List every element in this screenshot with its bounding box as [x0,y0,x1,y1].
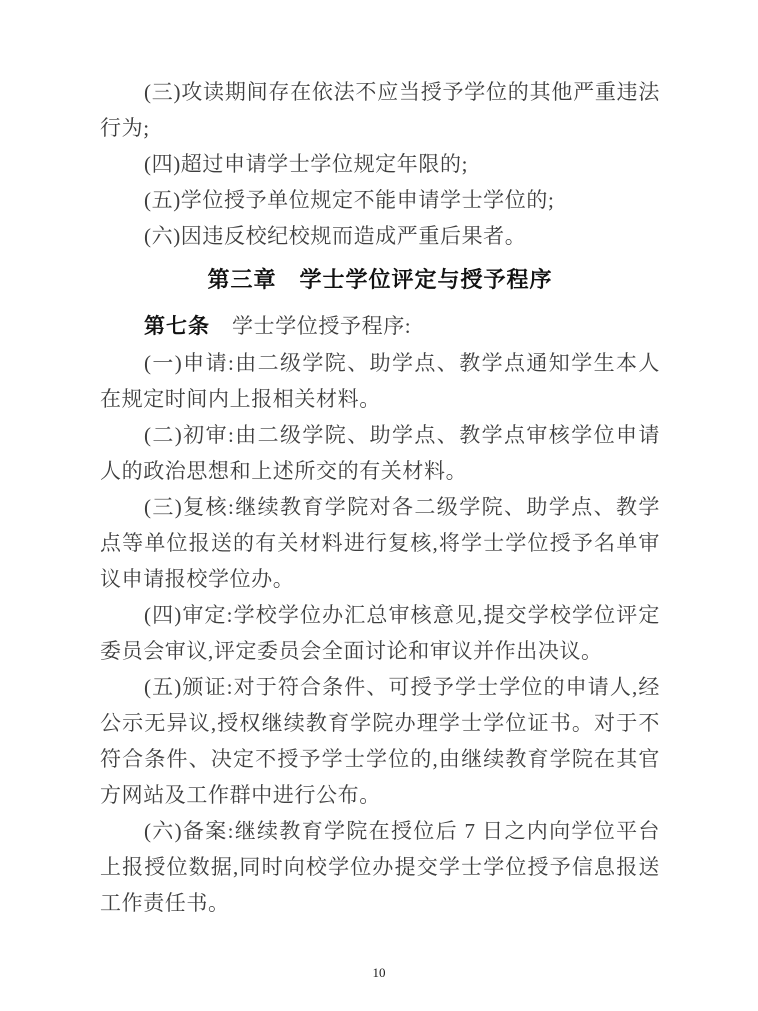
procedure-paragraph-5: (五)颁证:对于符合条件、可授予学士学位的申请人,经公示无异议,授权继续教育学院… [100,669,660,813]
procedure-paragraph-3: (三)复核:继续教育学院对各二级学院、助学点、教学点等单位报送的有关材料进行复核… [100,489,660,597]
article-title: 学士学位授予程序: [232,314,411,338]
clause-paragraph-5: (五)学位授予单位规定不能申请学士学位的; [100,182,660,218]
article-number: 第七条 [144,315,210,338]
chapter-heading: 第三章 学士学位评定与授予程序 [100,262,660,298]
page-number: 10 [0,964,758,982]
clause-paragraph-6: (六)因违反校纪校规而造成严重后果者。 [100,218,660,254]
clause-paragraph-3: (三)攻读期间存在依法不应当授予学位的其他严重违法行为; [100,74,660,146]
procedure-paragraph-1: (一)申请:由二级学院、助学点、教学点通知学生本人在规定时间内上报相关材料。 [100,345,660,417]
article-paragraph: 第七条学士学位授予程序: [100,308,660,345]
procedure-paragraph-2: (二)初审:由二级学院、助学点、教学点审核学位申请人的政治思想和上述所交的有关材… [100,417,660,489]
procedure-paragraph-4: (四)审定:学校学位办汇总审核意见,提交学校学位评定委员会审议,评定委员会全面讨… [100,597,660,669]
document-content: (三)攻读期间存在依法不应当授予学位的其他严重违法行为; (四)超过申请学士学位… [100,74,660,921]
document-page: (三)攻读期间存在依法不应当授予学位的其他严重违法行为; (四)超过申请学士学位… [0,0,758,1011]
procedure-paragraph-6: (六)备案:继续教育学院在授位后 7 日之内向学位平台上报授位数据,同时向校学位… [100,813,660,921]
clause-paragraph-4: (四)超过申请学士学位规定年限的; [100,146,660,182]
